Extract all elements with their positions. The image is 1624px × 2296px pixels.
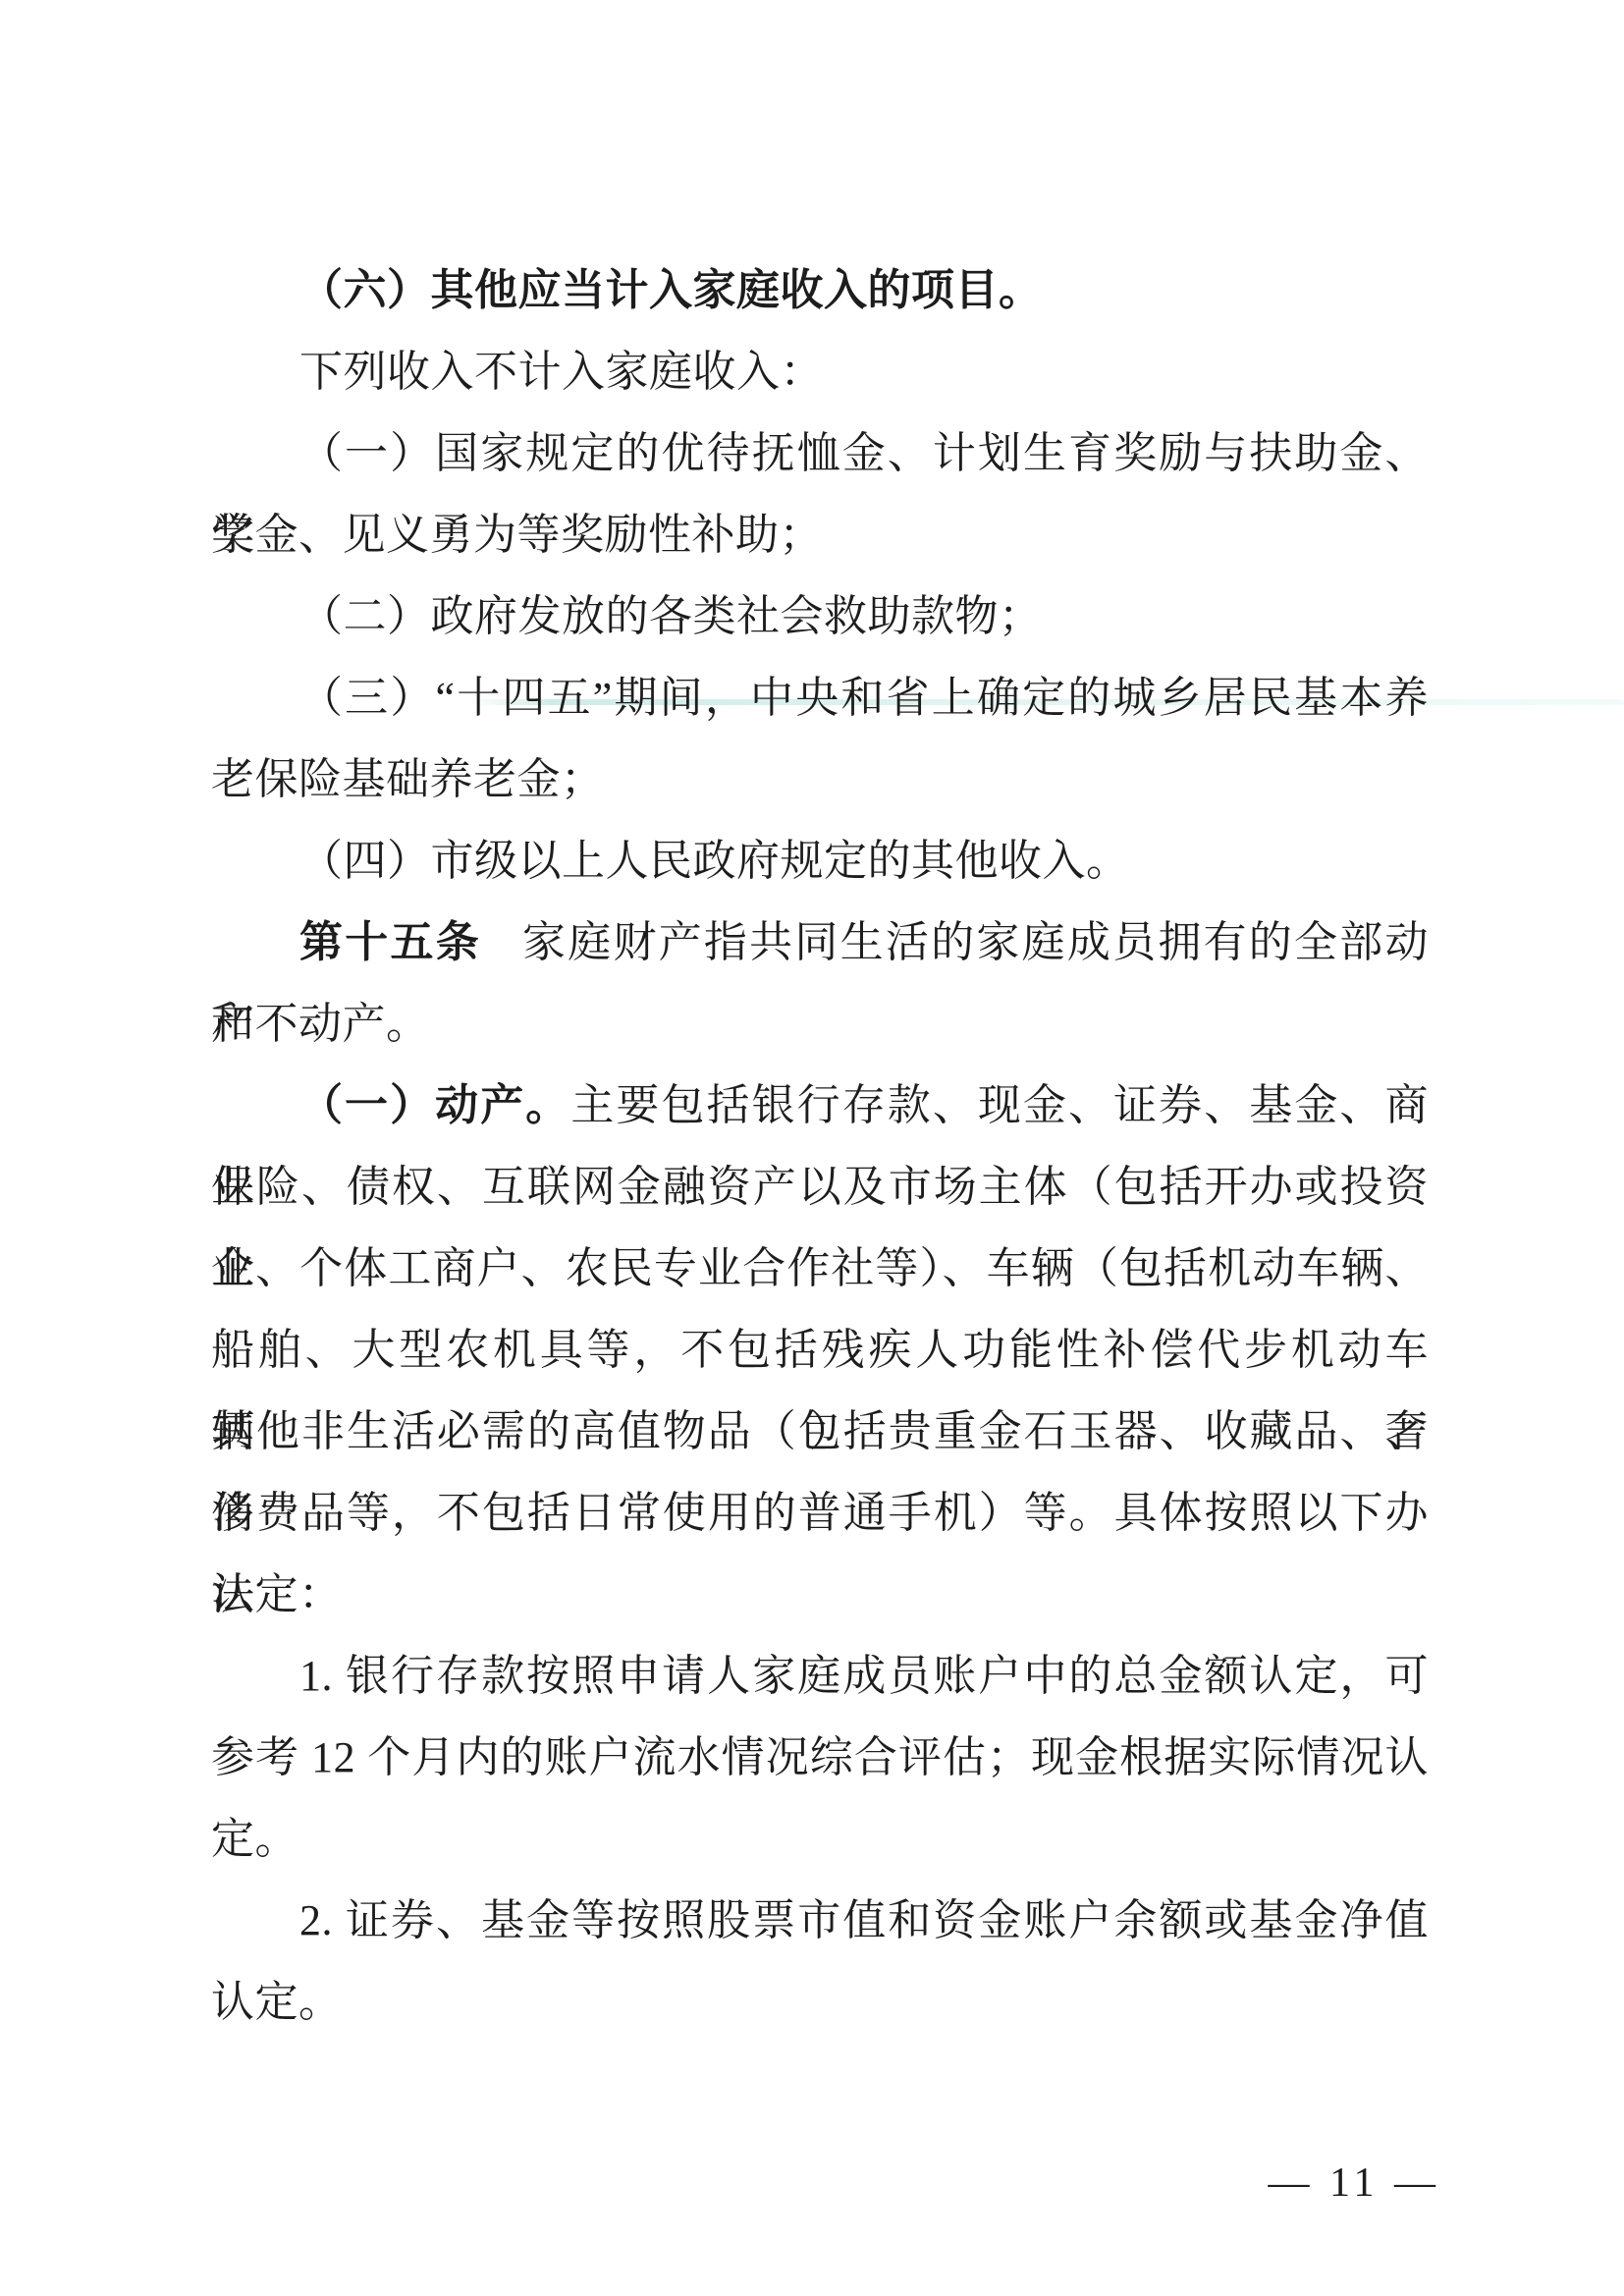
text-segment: （四）市级以上人民政府规定的其他收入。 bbox=[299, 837, 1130, 885]
text-line: 其他非生活必需的高值物品（包括贵重金石玉器、收藏品、奢侈 bbox=[211, 1391, 1429, 1472]
text-segment: 1. 银行存款按照申请人家庭成员账户中的总金额认定，可 bbox=[299, 1652, 1429, 1700]
text-line: 船舶、大型农机具等，不包括残疾人功能性补偿代步机动车辆）、 bbox=[211, 1309, 1429, 1391]
text-segment: 定。 bbox=[211, 1815, 298, 1863]
text-segment: 下列收入不计入家庭收入： bbox=[299, 348, 824, 396]
text-line: 1. 银行存款按照申请人家庭成员账户中的总金额认定，可 bbox=[211, 1635, 1429, 1717]
text-segment: 老保险基础养老金； bbox=[211, 755, 605, 803]
text-segment: 业、个体工商户、农民专业合作社等）、车辆（包括机动车辆、 bbox=[211, 1244, 1429, 1292]
text-segment: （三）“十四五”期间，中央和省上确定的城乡居民基本养 bbox=[299, 674, 1429, 722]
text-line: （一）国家规定的优待抚恤金、计划生育奖励与扶助金、奖 bbox=[211, 412, 1429, 494]
text-line: 保险、债权、互联网金融资产以及市场主体（包括开办或投资企 bbox=[211, 1146, 1429, 1228]
page-number: — 11 — bbox=[1269, 2158, 1440, 2209]
text-segment: 认定： bbox=[211, 1570, 343, 1618]
text-line: 老保险基础养老金； bbox=[211, 738, 1429, 820]
text-line: 2. 证券、基金等按照股票市值和资金账户余额或基金净值 bbox=[211, 1880, 1429, 1961]
text-line: 参考 12 个月内的账户流水情况综合评估；现金根据实际情况认 bbox=[211, 1717, 1429, 1798]
text-line: （二）政府发放的各类社会救助款物； bbox=[211, 575, 1429, 657]
text-line: 定。 bbox=[211, 1798, 1429, 1880]
text-line: 第十五条家庭财产指共同生活的家庭成员拥有的全部动产 bbox=[211, 902, 1429, 983]
text-line: 和不动产。 bbox=[211, 983, 1429, 1065]
text-line: 认定。 bbox=[211, 1961, 1429, 2043]
text-line: 学金、见义勇为等奖励性补助； bbox=[211, 494, 1429, 575]
text-segment: 参考 12 个月内的账户流水情况综合评估；现金根据实际情况认 bbox=[211, 1733, 1429, 1781]
text-segment: （二）政府发放的各类社会救助款物； bbox=[299, 592, 1043, 640]
text-line: 业、个体工商户、农民专业合作社等）、车辆（包括机动车辆、 bbox=[211, 1228, 1429, 1309]
text-segment: 学金、见义勇为等奖励性补助； bbox=[211, 511, 823, 559]
text-line: （四）市级以上人民政府规定的其他收入。 bbox=[211, 820, 1429, 902]
text-segment: 认定。 bbox=[211, 1978, 343, 2026]
text-segment-bold: （一）动产。 bbox=[299, 1081, 570, 1129]
text-segment-bold: （六）其他应当计入家庭收入的项目。 bbox=[299, 266, 1043, 314]
text-segment: 和不动产。 bbox=[211, 1000, 430, 1048]
text-line: （六）其他应当计入家庭收入的项目。 bbox=[211, 249, 1429, 331]
text-line: 消费品等，不包括日常使用的普通手机）等。具体按照以下办法 bbox=[211, 1472, 1429, 1554]
text-line: （三）“十四五”期间，中央和省上确定的城乡居民基本养 bbox=[211, 657, 1429, 738]
document-page: （六）其他应当计入家庭收入的项目。下列收入不计入家庭收入：（一）国家规定的优待抚… bbox=[0, 0, 1624, 2296]
text-segment: 2. 证券、基金等按照股票市值和资金账户余额或基金净值 bbox=[299, 1896, 1429, 1944]
text-line: （一）动产。主要包括银行存款、现金、证券、基金、商业 bbox=[211, 1065, 1429, 1146]
text-line: 认定： bbox=[211, 1554, 1429, 1635]
text-line: 下列收入不计入家庭收入： bbox=[211, 331, 1429, 412]
text-segment-bold: 第十五条 bbox=[299, 918, 481, 966]
document-body: （六）其他应当计入家庭收入的项目。下列收入不计入家庭收入：（一）国家规定的优待抚… bbox=[211, 249, 1429, 2043]
